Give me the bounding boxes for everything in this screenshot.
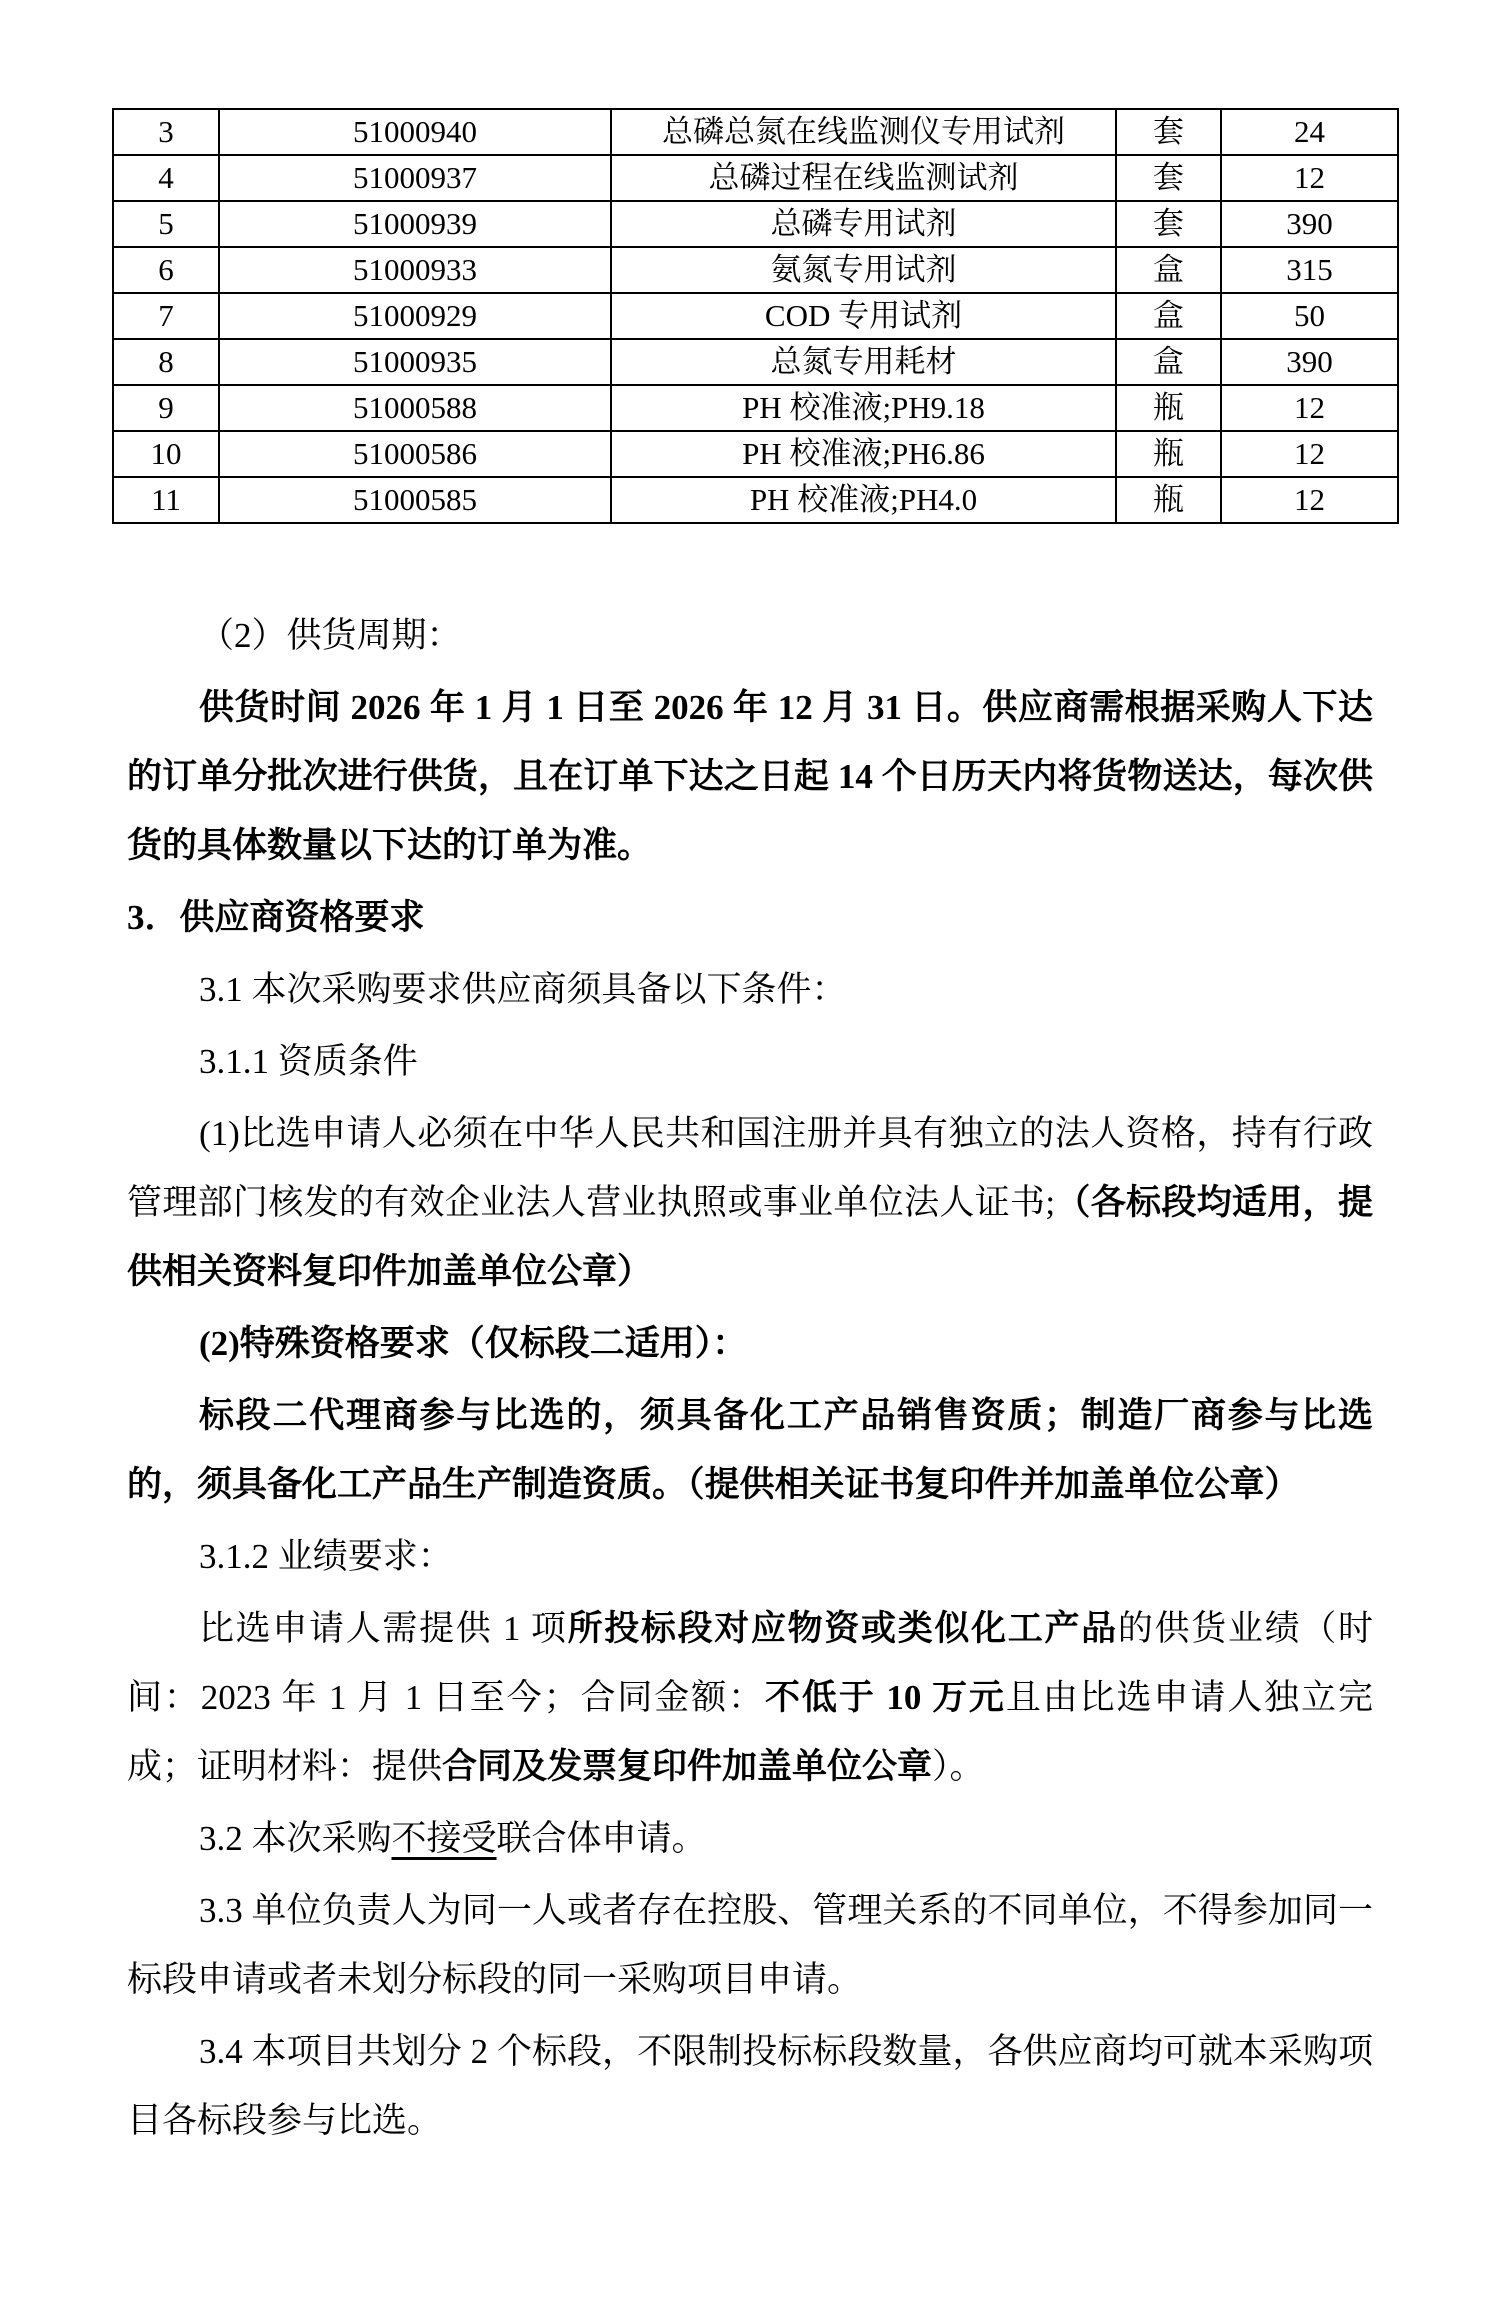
text-run: 3.1 本次采购要求供应商须具备以下条件： (199, 970, 847, 1009)
cell-qty: 315 (1221, 247, 1398, 293)
cell-unit: 瓶 (1116, 477, 1221, 523)
cell-qty: 390 (1221, 339, 1398, 385)
text-run: 3.3 单位负责人为同一人或者存在控股、管理关系的不同单位，不得参加同一标段申请… (127, 1891, 1373, 1999)
cell-code: 51000588 (219, 385, 611, 431)
cell-code: 51000935 (219, 339, 611, 385)
cell-unit: 盒 (1116, 339, 1221, 385)
cell-qty: 12 (1221, 155, 1398, 201)
text-run: 3.2 本次采购 (199, 1819, 392, 1858)
text-run: 合同及发票复印件加盖单位公章 (442, 1747, 932, 1786)
cell-seq: 10 (113, 431, 219, 477)
cell-seq: 11 (113, 477, 219, 523)
cell-name: PH 校准液;PH4.0 (611, 477, 1116, 523)
cell-unit: 套 (1116, 155, 1221, 201)
cell-name: 总氮专用耗材 (611, 339, 1116, 385)
text-run: 联合体申请。 (497, 1819, 707, 1858)
document-text-block: （2）供货周期： 供货时间 2026 年 1 月 1 日至 2026 年 12 … (127, 598, 1373, 2158)
table-row: 651000933氨氮专用试剂盒315 (113, 247, 1398, 293)
table-row: 951000588PH 校准液;PH9.18瓶12 (113, 385, 1398, 431)
cell-seq: 6 (113, 247, 219, 293)
cell-unit: 套 (1116, 201, 1221, 247)
cell-code: 51000939 (219, 201, 611, 247)
cell-seq: 8 (113, 339, 219, 385)
heading-section-3: 3．供应商资格要求 (127, 883, 1373, 952)
para-performance-requirement: 比选申请人需提供 1 项所投标段对应物资或类似化工产品的供货业绩（时间：2023… (127, 1594, 1373, 1801)
cell-name: 总磷总氮在线监测仪专用试剂 (611, 109, 1116, 155)
cell-name: 氨氮专用试剂 (611, 247, 1116, 293)
cell-qty: 12 (1221, 477, 1398, 523)
cell-name: PH 校准液;PH9.18 (611, 385, 1116, 431)
table-row: 751000929COD 专用试剂盒50 (113, 293, 1398, 339)
cell-name: 总磷过程在线监测试剂 (611, 155, 1116, 201)
cell-qty: 12 (1221, 385, 1398, 431)
text-run: 不接受 (392, 1819, 497, 1858)
para-section-3-4: 3.4 本项目共划分 2 个标段，不限制投标标段数量，各供应商均可就本采购项目各… (127, 2017, 1373, 2155)
para-qualification-1: (1)比选申请人必须在中华人民共和国注册并具有独立的法人资格，持有行政管理部门核… (127, 1099, 1373, 1306)
para-section-3-1: 3.1 本次采购要求供应商须具备以下条件： (127, 955, 1373, 1024)
cell-unit: 瓶 (1116, 385, 1221, 431)
cell-code: 51000586 (219, 431, 611, 477)
cell-code: 51000940 (219, 109, 611, 155)
cell-code: 51000933 (219, 247, 611, 293)
cell-qty: 50 (1221, 293, 1398, 339)
text-run: 3.1.2 业绩要求： (199, 1537, 453, 1576)
cell-name: PH 校准液;PH6.86 (611, 431, 1116, 477)
table-row: 351000940总磷总氮在线监测仪专用试剂套24 (113, 109, 1398, 155)
para-section-3-1-1: 3.1.1 资质条件 (127, 1027, 1373, 1096)
document-page: 351000940总磷总氮在线监测仪专用试剂套24451000937总磷过程在线… (0, 0, 1500, 2313)
table-row: 451000937总磷过程在线监测试剂套12 (113, 155, 1398, 201)
text-run: 3．供应商资格要求 (127, 898, 425, 937)
cell-code: 51000937 (219, 155, 611, 201)
text-run: (2)特殊资格要求（仅标段二适用）： (199, 1324, 747, 1363)
cell-seq: 5 (113, 201, 219, 247)
text-run: 比选申请人需提供 1 项 (199, 1609, 568, 1648)
para-section-3-1-2: 3.1.2 业绩要求： (127, 1522, 1373, 1591)
cell-qty: 24 (1221, 109, 1398, 155)
text-run: 所投标段对应物资或类似化工产品 (568, 1609, 1118, 1648)
para-section-3-2: 3.2 本次采购不接受联合体申请。 (127, 1804, 1373, 1873)
cell-unit: 套 (1116, 109, 1221, 155)
goods-table-body: 351000940总磷总氮在线监测仪专用试剂套24451000937总磷过程在线… (113, 109, 1398, 523)
text-run: 不低于 10 万元 (765, 1678, 1006, 1717)
table-row: 1151000585PH 校准液;PH4.0瓶12 (113, 477, 1398, 523)
para-supply-period-label: （2）供货周期： (127, 601, 1373, 670)
para-qualification-2-heading: (2)特殊资格要求（仅标段二适用）： (127, 1309, 1373, 1378)
table-row: 851000935总氮专用耗材盒390 (113, 339, 1398, 385)
text-run: 3.1.1 资质条件 (199, 1042, 418, 1081)
para-supply-period-body: 供货时间 2026 年 1 月 1 日至 2026 年 12 月 31 日。供应… (127, 673, 1373, 880)
cell-unit: 盒 (1116, 247, 1221, 293)
cell-unit: 瓶 (1116, 431, 1221, 477)
table-row: 551000939总磷专用试剂套390 (113, 201, 1398, 247)
cell-qty: 390 (1221, 201, 1398, 247)
cell-qty: 12 (1221, 431, 1398, 477)
cell-seq: 3 (113, 109, 219, 155)
text-run: （2）供货周期： (199, 616, 462, 655)
cell-seq: 7 (113, 293, 219, 339)
cell-name: 总磷专用试剂 (611, 201, 1116, 247)
text-run: 标段二代理商参与比选的，须具备化工产品销售资质；制造厂商参与比选的，须具备化工产… (127, 1396, 1373, 1504)
para-qualification-2-body: 标段二代理商参与比选的，须具备化工产品销售资质；制造厂商参与比选的，须具备化工产… (127, 1381, 1373, 1519)
cell-code: 51000585 (219, 477, 611, 523)
text-run: 3.4 本项目共划分 2 个标段，不限制投标标段数量，各供应商均可就本采购项目各… (127, 2032, 1373, 2140)
cell-name: COD 专用试剂 (611, 293, 1116, 339)
cell-seq: 4 (113, 155, 219, 201)
cell-unit: 盒 (1116, 293, 1221, 339)
table-row: 1051000586PH 校准液;PH6.86瓶12 (113, 431, 1398, 477)
goods-table: 351000940总磷总氮在线监测仪专用试剂套24451000937总磷过程在线… (112, 108, 1399, 524)
cell-seq: 9 (113, 385, 219, 431)
cell-code: 51000929 (219, 293, 611, 339)
text-run: ）。 (932, 1747, 985, 1786)
text-run: 供货时间 2026 年 1 月 1 日至 2026 年 12 月 31 日。供应… (127, 688, 1373, 865)
para-section-3-3: 3.3 单位负责人为同一人或者存在控股、管理关系的不同单位，不得参加同一标段申请… (127, 1876, 1373, 2014)
